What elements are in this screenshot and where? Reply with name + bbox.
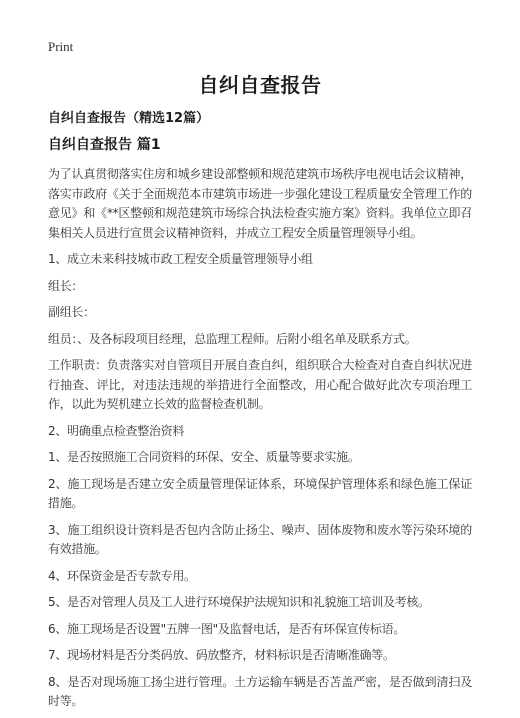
page-title: 自纠自查报告 [48, 72, 472, 98]
paragraph-deputy-leader: 副组长： [48, 303, 472, 323]
paragraph-item-3: 3、施工组织设计资料是否包内含防止扬尘、噪声、固体废物和废水等污染环境的有效措施… [48, 521, 472, 560]
paragraph-item-5: 5、是否对管理人员及工人进行环境保护法规知识和礼貌施工培训及考核。 [48, 593, 472, 613]
paragraph-item-2: 2、施工现场是否建立安全质量管理保证体系，环境保护管理体系和绿色施工保证措施。 [48, 475, 472, 514]
paragraph-item-8: 8、是否对现场施工扬尘进行管理。土方运输车辆是否苫盖严密，是否做到清扫及时等。 [48, 673, 472, 712]
paragraph-item-1: 1、是否按照施工合同资料的环保、安全、质量等要求实施。 [48, 448, 472, 468]
paragraph-group-heading: 1、成立未来科技城市政工程安全质量管理领导小组 [48, 250, 472, 270]
paragraph-item-7: 7、现场材料是否分类码放、码放整齐，材料标识是否清晰准确等。 [48, 646, 472, 666]
section-heading: 自纠自查报告 篇1 [48, 136, 472, 155]
paragraph-leader: 组长： [48, 277, 472, 297]
doc-subtitle: 自纠自查报告（精选12篇） [48, 110, 472, 127]
print-link[interactable]: Print [48, 39, 73, 55]
article-body: 为了认真贯彻落实住房和城乡建设部整顿和规范建筑市场秩序电视电话会议精神，落实市政… [48, 165, 472, 712]
paragraph-item-4: 4、环保资金是否专款专用。 [48, 567, 472, 587]
document-page: Print 自纠自查报告 自纠自查报告（精选12篇） 自纠自查报告 篇1 为了认… [0, 0, 520, 718]
paragraph-item-6: 6、施工现场是否设置"五牌一图"及监督电话，是否有环保宣传标语。 [48, 620, 472, 640]
paragraph-members: 组员：、及各标段项目经理，总监理工程师。后附小组名单及联系方式。 [48, 330, 472, 350]
paragraph-intro: 为了认真贯彻落实住房和城乡建设部整顿和规范建筑市场秩序电视电话会议精神，落实市政… [48, 165, 472, 243]
paragraph-inspection-heading: 2、明确重点检查整治资料 [48, 422, 472, 442]
paragraph-duties: 工作职责：负责落实对自管项目开展自查自纠，组织联合大检查对自查自纠状况进行抽查、… [48, 356, 472, 415]
